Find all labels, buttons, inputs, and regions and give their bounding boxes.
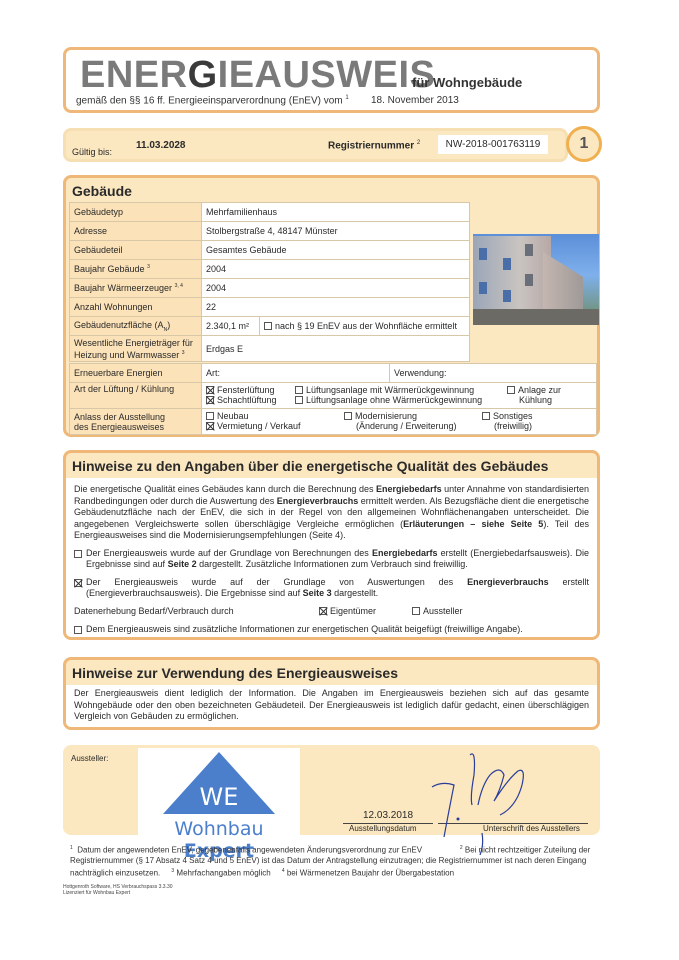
quality-notes-title: Hinweise zu den Angaben über die energet… [72, 458, 548, 474]
renewable-label: Erneuerbare Energien [70, 364, 202, 383]
table-row: Baujahr Wärmeerzeuger 3, 42004 [70, 279, 470, 298]
title-box: ENERGIEAUSWEIS für Wohngebäude gemäß den… [63, 47, 600, 113]
footnotes: 1 Datum der angewendeten EnEV, gegebenen… [70, 843, 600, 878]
checkbox[interactable] [295, 396, 303, 404]
option-vermietung-verkauf[interactable]: Vermietung / Verkauf [206, 421, 301, 431]
option-kuehlung[interactable]: Anlage zurKühlung [507, 385, 561, 405]
issuer-logo: WE Wohnbau Expert [138, 748, 300, 842]
table-row-renewable: Erneuerbare Energien Art: Verwendung: [70, 364, 597, 383]
building-section-title: Gebäude [72, 183, 132, 199]
usage-notes-title: Hinweise zur Verwendung des Energieauswe… [72, 665, 398, 681]
software-credit: Hottgenroth Software, HS Verbrauchspass … [63, 884, 173, 896]
energy-carrier-label: Wesentliche Energieträger fürHeizung und… [70, 336, 202, 362]
quality-notes-body: Die energetische Qualität eines Gebäudes… [66, 478, 597, 637]
checkbox[interactable] [412, 607, 420, 615]
area-option-checkbox[interactable] [264, 322, 272, 330]
table-row: GebäudeteilGesamtes Gebäude [70, 241, 470, 260]
row-label: Adresse [70, 222, 202, 241]
area-label: Gebäudenutzfläche (AN) [70, 317, 202, 336]
usage-notes-section: Hinweise zur Verwendung des Energieauswe… [63, 657, 600, 730]
option-modernisierung[interactable]: Modernisierung(Änderung / Erweiterung) [344, 411, 457, 431]
table-row: GebäudetypMehrfamilienhaus [70, 203, 470, 222]
table-row: Anzahl Wohnungen22 [70, 298, 470, 317]
option-lueftung-ohne-wrg[interactable]: Lüftungsanlage ohne Wärmerückgewinnung [295, 395, 482, 405]
table-row-ventilation: Art der Lüftung / Kühlung Fensterlüftung… [70, 383, 597, 409]
signature-icon [430, 745, 550, 855]
row-value: 2004 [202, 279, 470, 298]
consumption-certificate-option[interactable]: Der Energieausweis wurde auf der Grundla… [74, 577, 589, 600]
ventilation-label: Art der Lüftung / Kühlung [70, 383, 202, 409]
logo-triangle-icon: WE [161, 750, 277, 816]
valid-until-date: 11.03.2028 [136, 140, 186, 151]
option-lueftung-mit-wrg[interactable]: Lüftungsanlage mit Wärmerückgewinnung [295, 385, 474, 395]
area-option: nach § 19 EnEV aus der Wohnfläche ermitt… [260, 317, 470, 336]
issuer-label: Aussteller: [71, 754, 108, 763]
additional-info-option[interactable]: Dem Energieausweis sind zusätzliche Info… [74, 624, 589, 636]
table-row-energy-carrier: Wesentliche Energieträger fürHeizung und… [70, 336, 470, 362]
usage-notes-body: Der Energieausweis dient lediglich der I… [66, 685, 597, 727]
reason-label: Anlass der Ausstellungdes Energieausweis… [70, 409, 202, 435]
validity-bar: Gültig bis: 11.03.2028 Registriernummer … [63, 128, 568, 162]
checkbox-checked[interactable] [206, 386, 214, 394]
document-title: ENERGIEAUSWEIS [80, 54, 435, 97]
building-photo [473, 234, 599, 325]
checkbox[interactable] [507, 386, 515, 394]
option-sonstiges[interactable]: Sonstiges(freiwillig) [482, 411, 533, 431]
area-value: 2.340,1 m² [202, 317, 260, 336]
row-value: 22 [202, 298, 470, 317]
row-label: Anzahl Wohnungen [70, 298, 202, 317]
reason-options: Neubau Vermietung / Verkauf Modernisieru… [202, 409, 597, 435]
building-table: GebäudetypMehrfamilienhaus AdresseStolbe… [69, 202, 470, 317]
law-date: 18. November 2013 [371, 95, 459, 106]
valid-until-label: Gültig bis: [72, 147, 112, 157]
row-label: Baujahr Gebäude 3 [70, 260, 202, 279]
row-value: Stolbergstraße 4, 48147 Münster [202, 222, 470, 241]
svg-text:WE: WE [200, 783, 239, 811]
row-label: Gebäudeteil [70, 241, 202, 260]
law-reference: gemäß den §§ 16 ff. Energieeinsparverord… [76, 95, 349, 106]
checkbox-checked[interactable] [319, 607, 327, 615]
option-aussteller[interactable]: Aussteller [412, 606, 463, 618]
checkbox[interactable] [74, 626, 82, 634]
checkbox-checked[interactable] [206, 396, 214, 404]
checkbox[interactable] [206, 412, 214, 420]
data-collection-row: Datenerhebung Bedarf/Verbrauch durch Eig… [74, 606, 589, 620]
footnote-4: bei Wärmenetzen Baujahr der Übergabestat… [287, 868, 454, 877]
checkbox-checked[interactable] [206, 422, 214, 430]
energy-carrier-value: Erdgas E [202, 336, 470, 362]
table-row-reason: Anlass der Ausstellungdes Energieausweis… [70, 409, 597, 435]
checkbox[interactable] [74, 550, 82, 558]
footnote-1: Datum der angewendeten EnEV, gegebenenfa… [77, 846, 422, 855]
quality-intro: Die energetische Qualität eines Gebäudes… [74, 484, 589, 542]
option-fensterlueftung[interactable]: Fensterlüftung [206, 385, 275, 395]
row-value: 2004 [202, 260, 470, 279]
table-row: AdresseStolbergstraße 4, 48147 Münster [70, 222, 470, 241]
checkbox[interactable] [295, 386, 303, 394]
row-value: Gesamtes Gebäude [202, 241, 470, 260]
registration-number: NW-2018-001763119 [438, 135, 548, 154]
option-neubau[interactable]: Neubau [206, 411, 249, 421]
demand-certificate-option[interactable]: Der Energieausweis wurde auf der Grundla… [74, 548, 589, 571]
option-schachtlueftung[interactable]: Schachtlüftung [206, 395, 277, 405]
document-subtitle: für Wohngebäude [412, 75, 522, 90]
table-row: Baujahr Gebäude 32004 [70, 260, 470, 279]
renewable-use: Verwendung: [390, 364, 597, 383]
renewable-type: Art: [202, 364, 390, 383]
issue-date-label: Ausstellungsdatum [349, 824, 417, 833]
registration-label: Registriernummer 2 [328, 140, 420, 151]
issue-date: 12.03.2018 [363, 810, 413, 821]
building-table-bottom: Erneuerbare Energien Art: Verwendung: Ar… [69, 363, 597, 435]
data-collection-label: Datenerhebung Bedarf/Verbrauch durch [74, 606, 234, 618]
ventilation-options: Fensterlüftung Schachtlüftung Lüftungsan… [202, 383, 597, 409]
building-section: Gebäude GebäudetypMehrfamilienhaus Adres… [63, 175, 600, 437]
table-row-area: Gebäudenutzfläche (AN) 2.340,1 m² nach §… [70, 317, 470, 336]
row-label: Baujahr Wärmeerzeuger 3, 4 [70, 279, 202, 298]
row-label: Gebäudetyp [70, 203, 202, 222]
checkbox-checked[interactable] [74, 579, 82, 587]
footnote-3: Mehrfachangaben möglich [176, 868, 270, 877]
row-value: Mehrfamilienhaus [202, 203, 470, 222]
option-eigentuemer[interactable]: Eigentümer [319, 606, 376, 618]
checkbox[interactable] [344, 412, 352, 420]
quality-notes-section: Hinweise zu den Angaben über die energet… [63, 450, 600, 640]
checkbox[interactable] [482, 412, 490, 420]
building-table-lower: Gebäudenutzfläche (AN) 2.340,1 m² nach §… [69, 316, 470, 362]
page-number-badge: 1 [566, 126, 602, 162]
